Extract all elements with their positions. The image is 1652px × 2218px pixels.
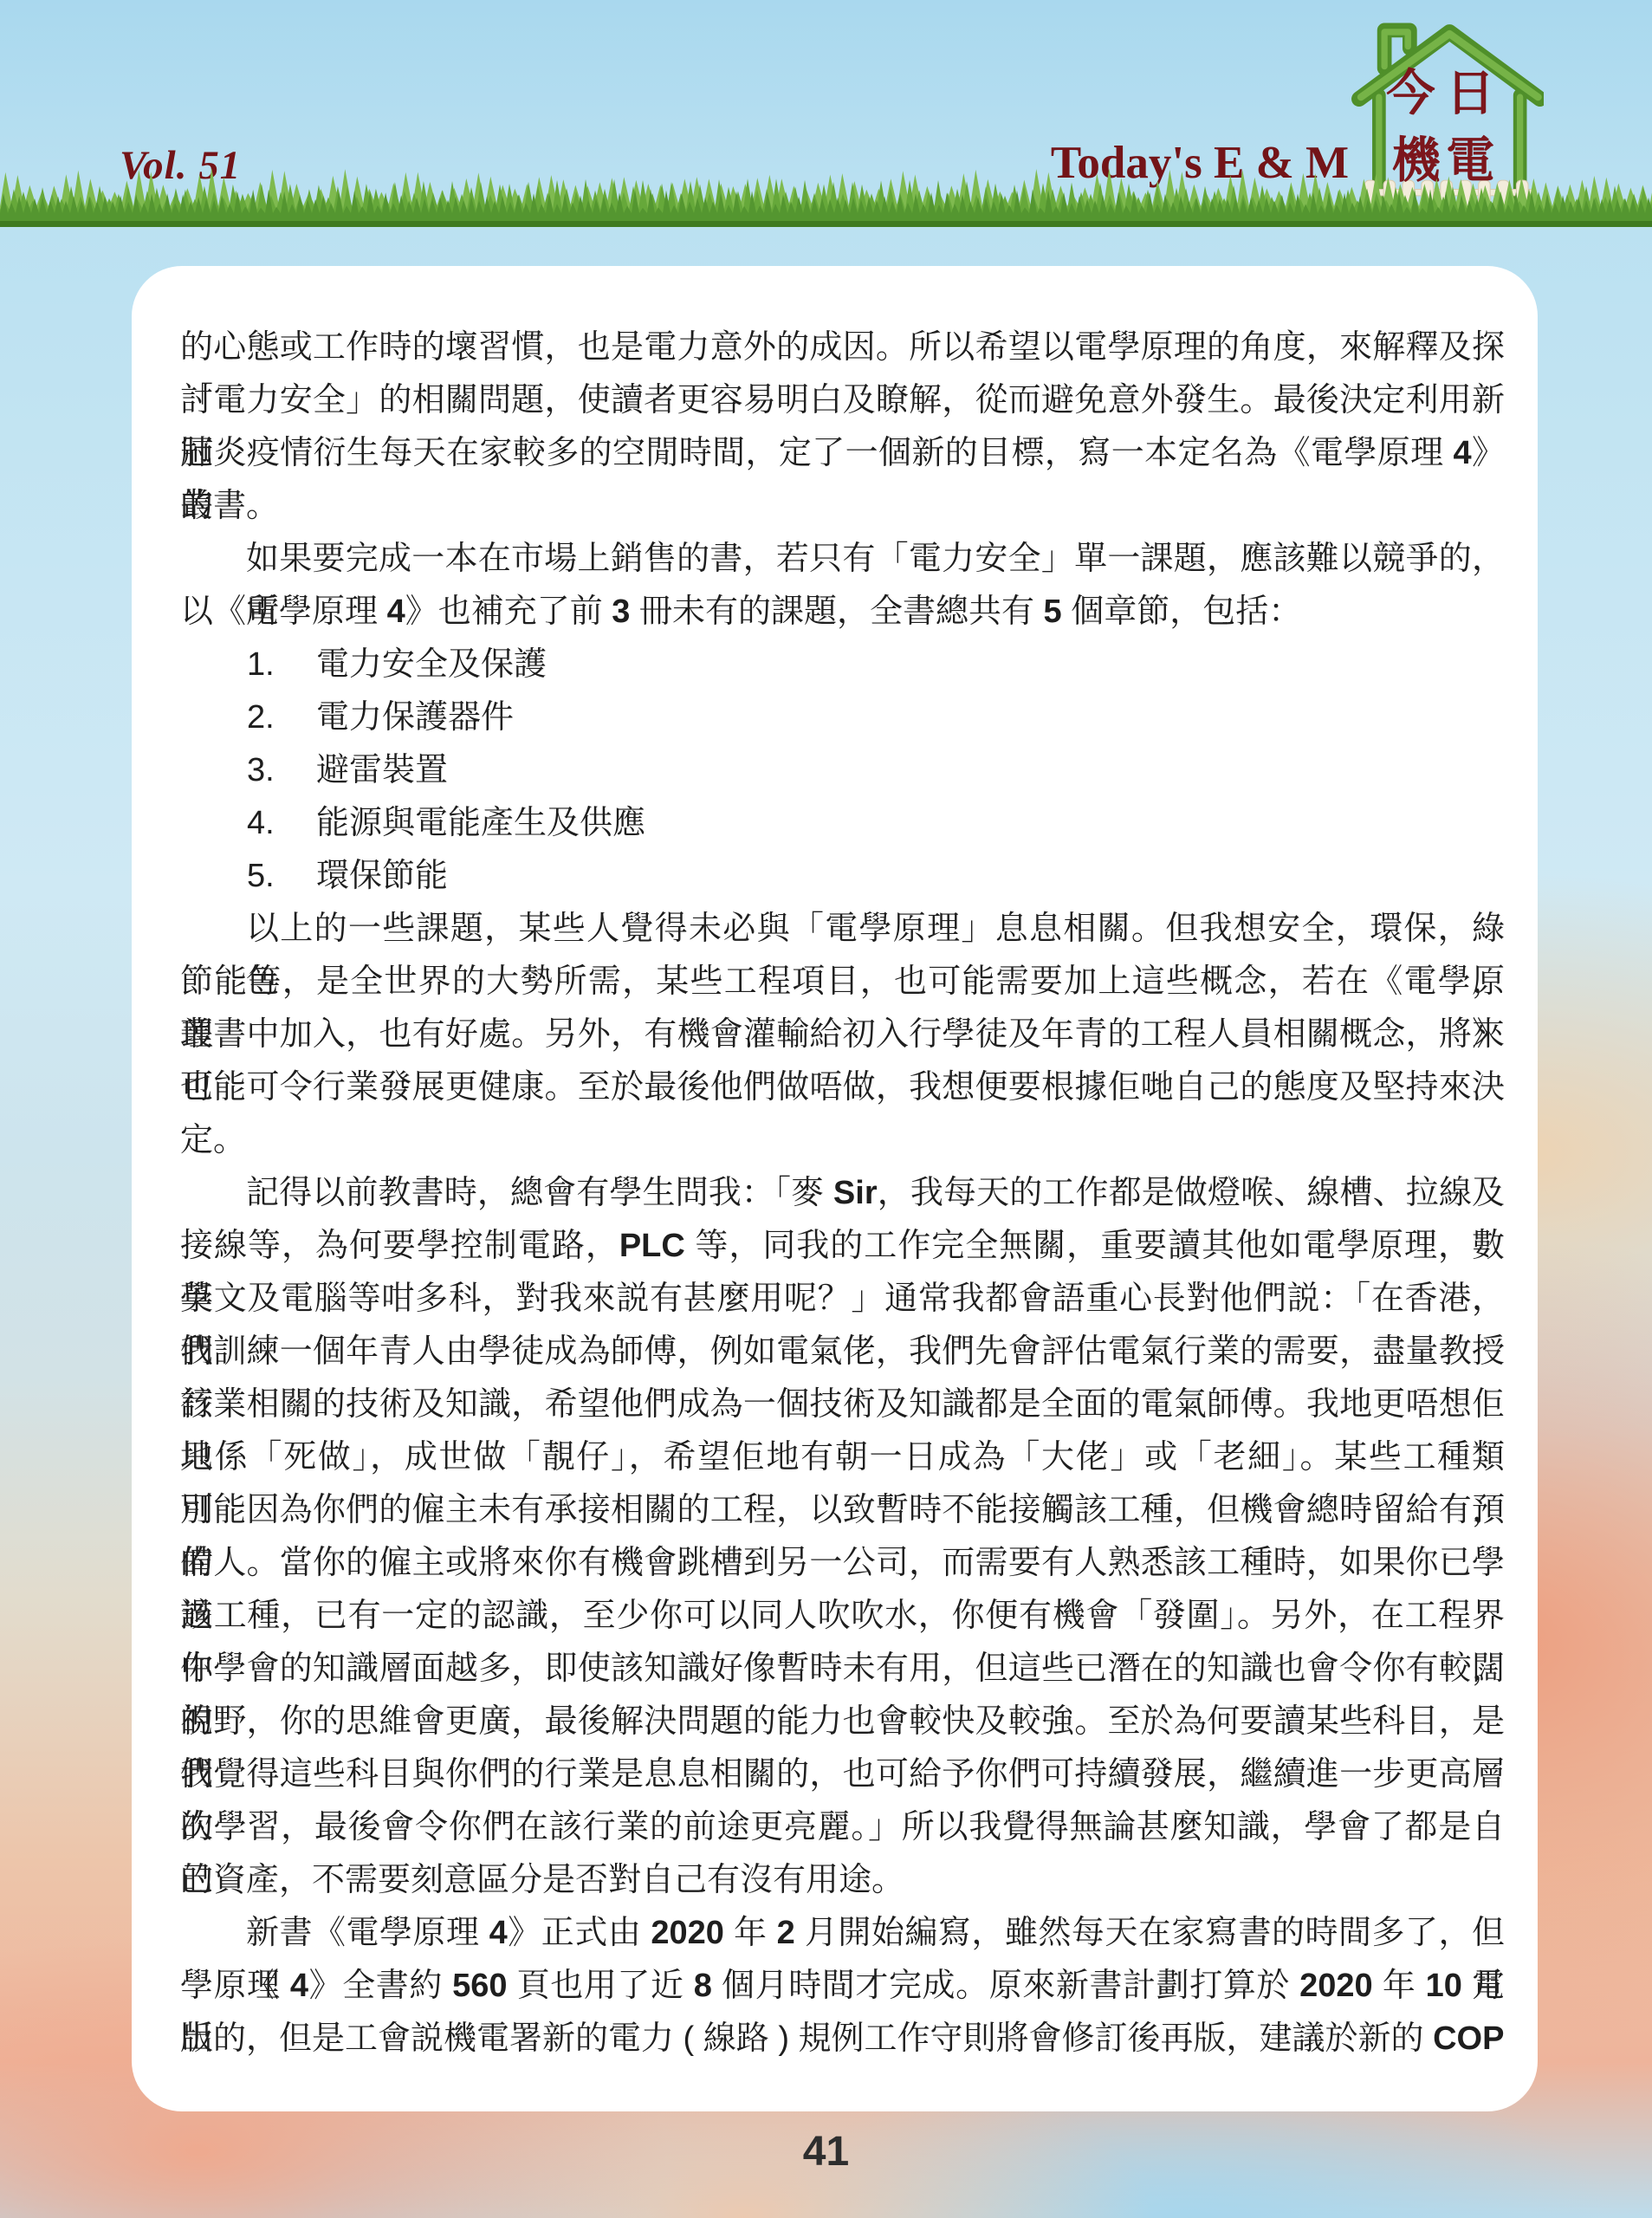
article: 的心態或工作時的壞習慣，也是電力意外的成因。所以希望以電學原理的角度，來解釋及探…	[132, 266, 1538, 2066]
list-item-number: 1.	[247, 639, 316, 691]
text-line: 你學會的知識層面越多，即使該知識好像暫時未有用，但這些已潛在的知識也會令你有較闊…	[180, 1643, 1505, 1696]
text-line: 如果要完成一本在市場上銷售的書，若只有「電力安全」單一課題，應該難以競爭的，所	[180, 533, 1505, 586]
text-line: 們覺得這些科目與你們的行業是息息相關的，也可給予你們可持續發展，繼續進一步更高層…	[180, 1748, 1505, 1801]
logo-text-line1: 今日	[1386, 67, 1506, 121]
list-item: 4.能源與電能產生及供應	[180, 797, 1505, 850]
text-line: 只係「死做」，成世做「靚仔」，希望佢地有朝一日成為「大佬」或「老細」。某些工種類…	[180, 1431, 1505, 1484]
list-item-number: 3.	[247, 744, 316, 797]
list-item-number: 4.	[247, 797, 316, 850]
list-item: 5.環保節能	[180, 850, 1505, 903]
text-line: 肺炎疫情衍生每天在家較多的空閒時間，定了一個新的目標，寫一本定名為《電學原理 4…	[180, 427, 1505, 480]
list-item: 2.電力保護器件	[180, 691, 1505, 744]
text-line: 英文及電腦等咁多科，對我來説有甚麼用呢？」通常我都會語重心長對他們説：「在香港，…	[180, 1273, 1505, 1326]
list-item: 1.電力安全及保護	[180, 639, 1505, 691]
text-line: 該工種，已有一定的認識，至少你可以同人吹吹水，你便有機會「發圍」。另外，在工程界…	[180, 1590, 1505, 1643]
text-line: 視野，你的思維會更廣，最後解決問題的能力也會較快及較強。至於為何要讀某些科目，是…	[180, 1696, 1505, 1748]
text-line: 的資產，不需要刻意區分是否對自己有沒有用途。	[180, 1854, 1505, 1907]
text-line: 節能等，是全世界的大勢所需，某些工程項目，也可能需要加上這些概念，若在《電學原理…	[180, 956, 1505, 1008]
list-item-text: 能源與電能產生及供應	[316, 797, 645, 850]
text-line: 叢書中加入，也有好處。另外，有機會灌輸給初入行學徒及年青的工程人員相關概念，將來…	[180, 1008, 1505, 1061]
list-item-text: 環保節能	[316, 850, 448, 903]
list-item-text: 避雷裝置	[316, 744, 448, 797]
text-line: 定。	[180, 1114, 1505, 1167]
text-line: 的人。當你的僱主或將來你有機會跳槽到另一公司，而需要有人熟悉該工種時，如果你已學…	[180, 1537, 1505, 1590]
content-panel: 的心態或工作時的壞習慣，也是電力意外的成因。所以希望以電學原理的角度，來解釋及探…	[132, 266, 1538, 2111]
text-line: 行業相關的技術及知識，希望他們成為一個技術及知識都是全面的電氣師傅。我地更唔想佢…	[180, 1378, 1505, 1431]
list-item-number: 2.	[247, 691, 316, 744]
text-line: 以上的一些課題，某些人覺得未必與「電學原理」息息相關。但我想安全，環保，綠色，	[180, 903, 1505, 956]
list-item: 3.避雷裝置	[180, 744, 1505, 797]
text-line: 記得以前教書時，總會有學生問我：「麥 Sir，我每天的工作都是做燈喉、線槽、拉線…	[180, 1167, 1505, 1220]
text-line: 學原理 4》全書約 560 頁也用了近 8 個月時間才完成。原來新書計劃打算於 …	[180, 1960, 1505, 2013]
grass-border-icon	[0, 166, 1652, 227]
text-line: 可能因為你們的僱主未有承接相關的工程，以致暫時不能接觸該工種，但機會總時留給有預…	[180, 1484, 1505, 1537]
text-line: 接線等，為何要學控制電路，PLC 等，同我的工作完全無關，重要讀其他如電學原理，…	[180, 1220, 1505, 1273]
text-line: 版的，但是工會説機電署新的電力 ( 線路 ) 規例工作守則將會修訂後再版，建議於…	[180, 2013, 1505, 2066]
list-item-text: 電力安全及保護	[316, 639, 547, 691]
list-item-text: 電力保護器件	[316, 691, 514, 744]
text-line: 叢書。	[180, 480, 1505, 533]
page-number: 41	[0, 2128, 1652, 2176]
text-line: 的學習，最後會令你們在該行業的前途更亮麗。」所以我覺得無論甚麼知識，學會了都是自…	[180, 1801, 1505, 1854]
text-line: 可能可令行業發展更健康。至於最後他們做唔做，我想便要根據佢哋自己的態度及堅持來決	[180, 1061, 1505, 1114]
text-line: 們訓練一個年青人由學徒成為師傅，例如電氣佬，我們先會評估電氣行業的需要，盡量教授…	[180, 1326, 1505, 1378]
magazine-page: { "header": { "volume": "Vol. 51", "jour…	[0, 0, 1652, 2218]
text-line: 「電力安全」的相關問題，使讀者更容易明白及瞭解，從而避免意外發生。最後決定利用新…	[180, 374, 1505, 427]
text-line: 新書《電學原理 4》正式由 2020 年 2 月開始編寫，雖然每天在家寫書的時間…	[180, 1907, 1505, 1960]
text-line: 以《電學原理 4》也補充了前 3 冊未有的課題，全書總共有 5 個章節，包括：	[180, 586, 1505, 639]
text-line: 的心態或工作時的壞習慣，也是電力意外的成因。所以希望以電學原理的角度，來解釋及探…	[180, 321, 1505, 374]
list-item-number: 5.	[247, 850, 316, 903]
